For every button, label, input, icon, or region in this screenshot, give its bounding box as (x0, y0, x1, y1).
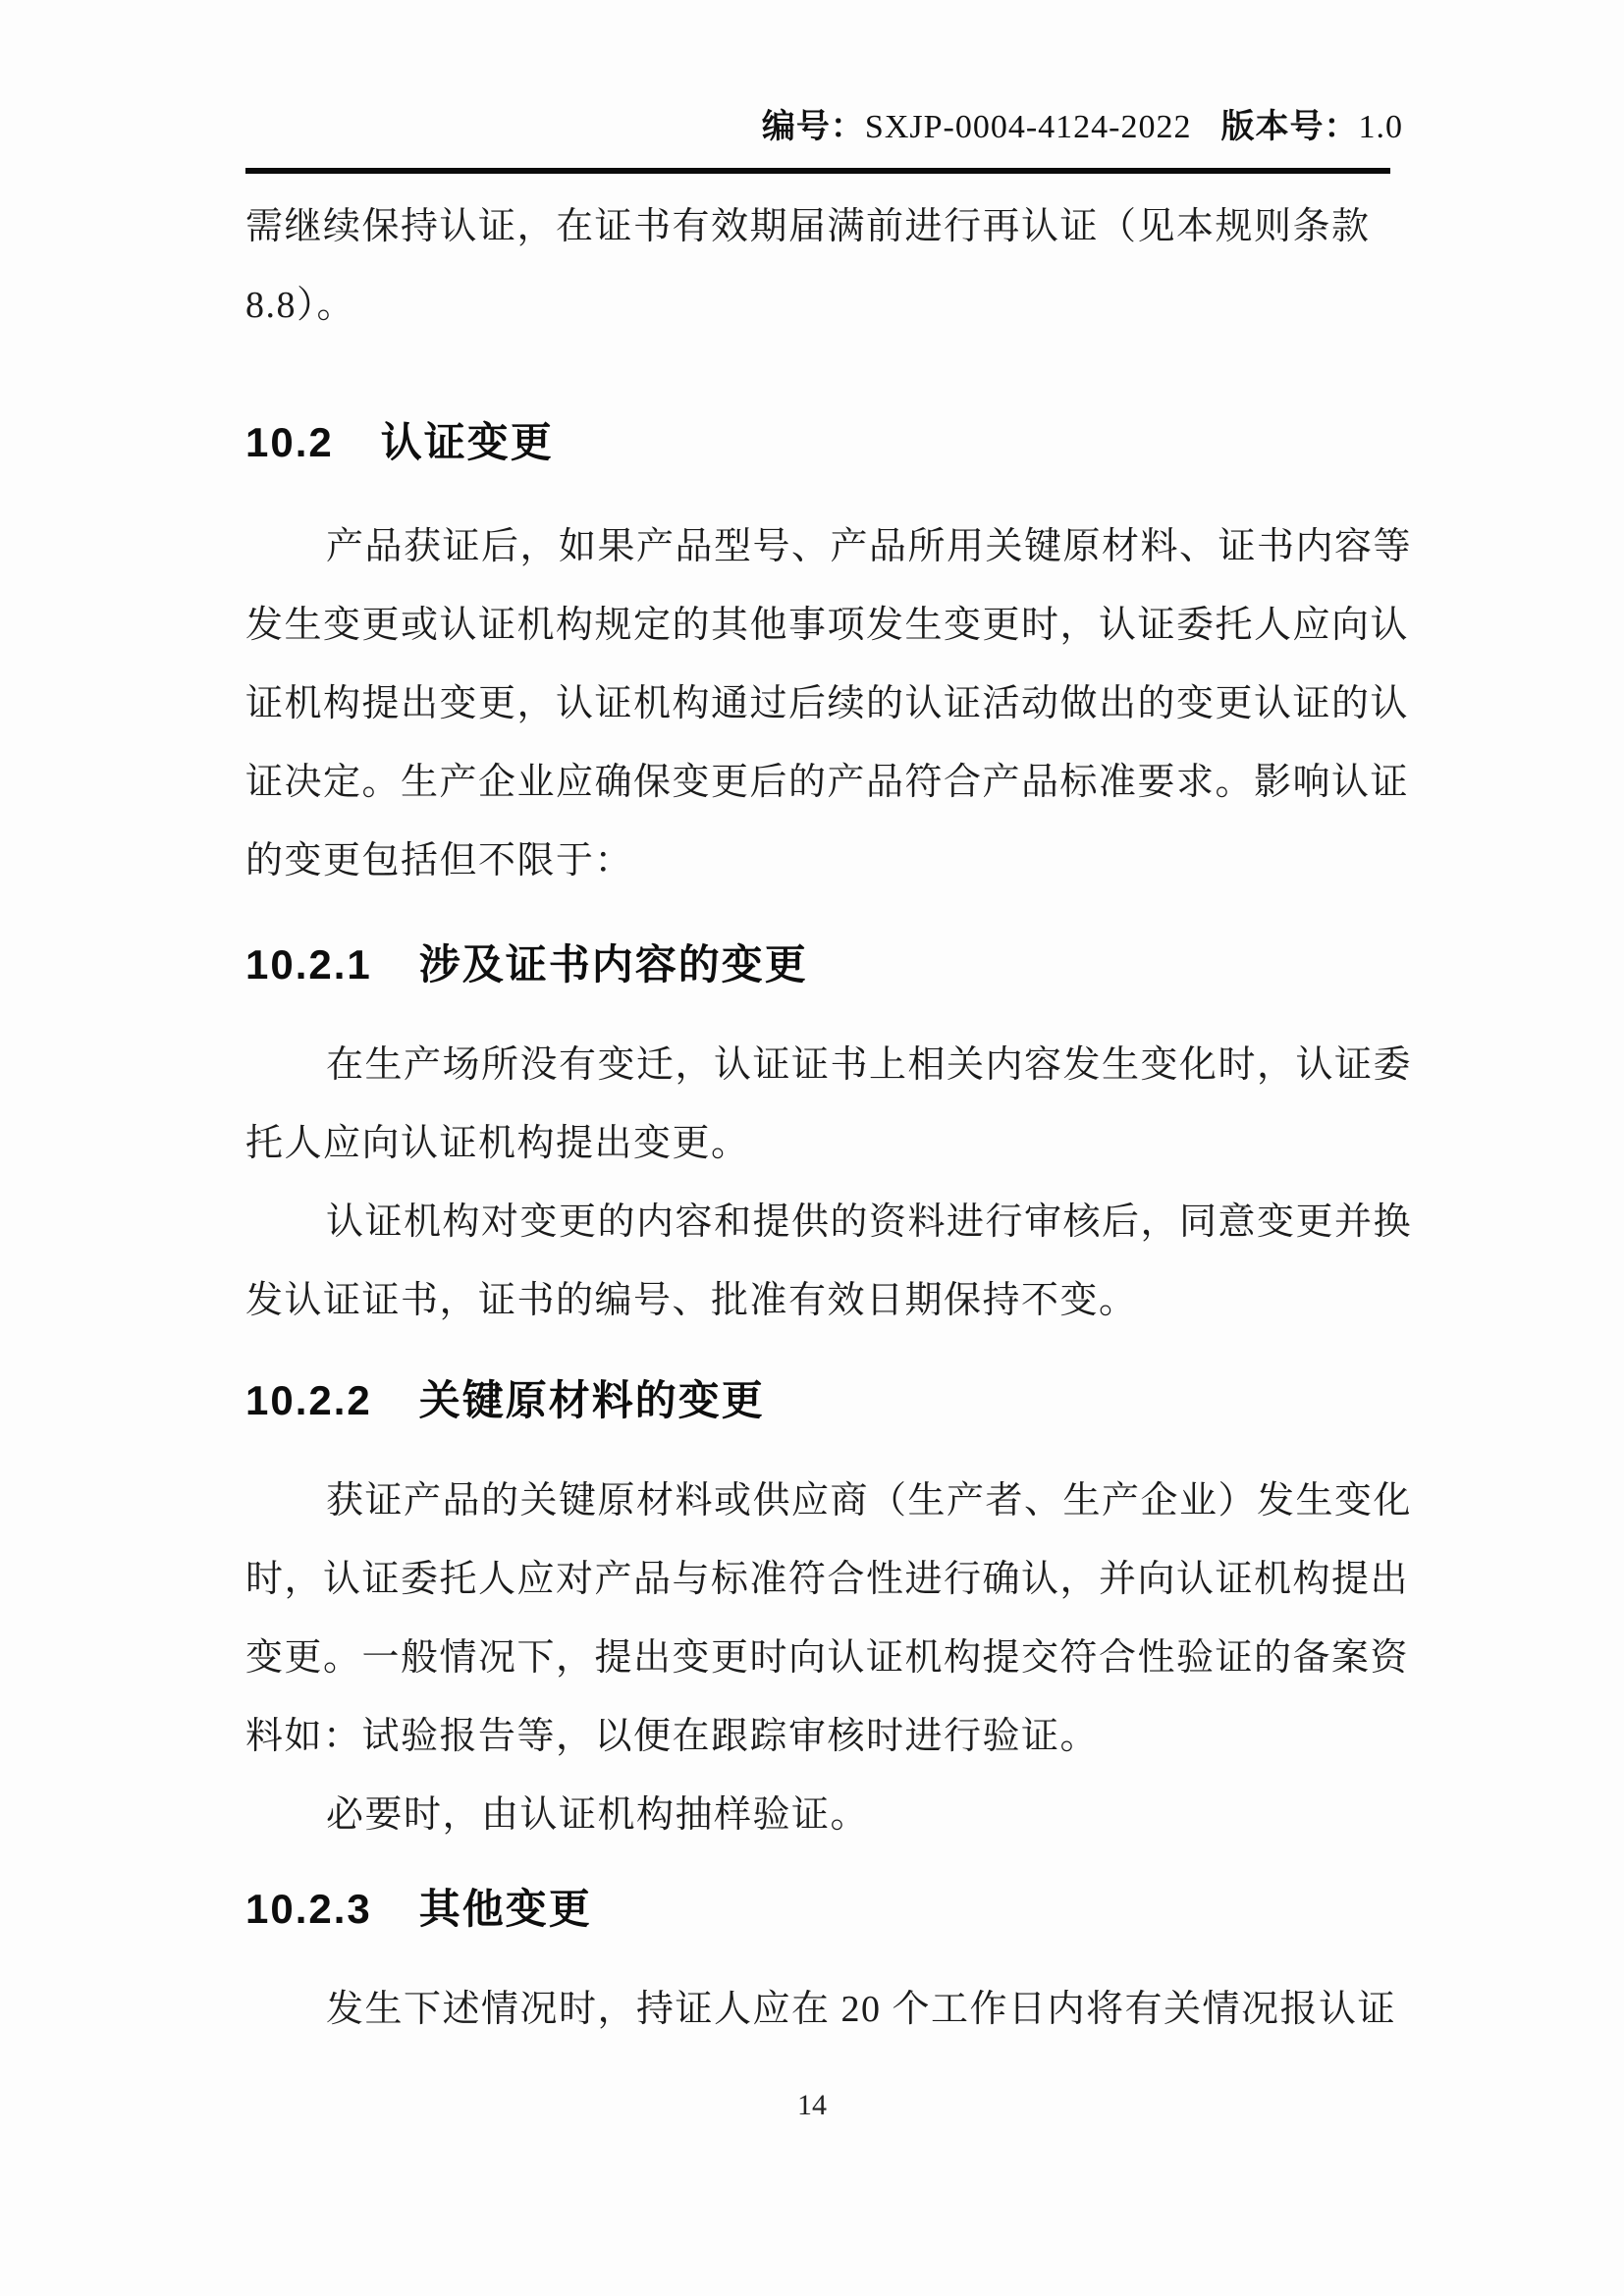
header-rule (245, 168, 1390, 174)
heading-title: 其他变更 (419, 1886, 592, 1932)
doc-code-label: 编号： (762, 109, 865, 145)
text-line: 获证产品的关键原材料或供应商（生产者、生产企业）发生变化 (245, 1462, 1414, 1540)
section-heading-10-2-1: 10.2.1涉及证书内容的变更 (245, 926, 1414, 1004)
section-heading-10-2-2: 10.2.2关键原材料的变更 (245, 1362, 1414, 1440)
heading-number: 10.2.2 (245, 1377, 372, 1423)
text-line: 产品获证后，如果产品型号、产品所用关键原材料、证书内容等 (245, 507, 1414, 586)
text-line: 证机构提出变更，认证机构通过后续的认证活动做出的变更认证的认 (245, 665, 1414, 743)
document-body: 需继续保持认证，在证书有效期届满前进行再认证（见本规则条款 8.8）。 10.2… (245, 187, 1414, 2049)
section-heading-10-2-3: 10.2.3其他变更 (245, 1870, 1414, 1949)
section-heading-10-2: 10.2认证变更 (245, 403, 1414, 482)
text-line: 托人应向认证机构提出变更。 (245, 1104, 1414, 1183)
text-line: 发生变更或认证机构规定的其他事项发生变更时，认证委托人应向认 (245, 586, 1414, 665)
paragraph-10-2-2-a: 获证产品的关键原材料或供应商（生产者、生产企业）发生变化 时，认证委托人应对产品… (245, 1462, 1414, 1776)
doc-code-value: SXJP-0004-4124-2022 (865, 109, 1192, 145)
paragraph-10-2-3: 发生下述情况时，持证人应在 20 个工作日内将有关情况报认证 (245, 1970, 1414, 2049)
heading-number: 10.2 (245, 419, 334, 465)
text-line: 必要时，由认证机构抽样验证。 (245, 1776, 1414, 1854)
text-line: 8.8）。 (245, 266, 1414, 345)
paragraph-intro: 需继续保持认证，在证书有效期届满前进行再认证（见本规则条款 8.8）。 (245, 187, 1414, 345)
text-line: 在生产场所没有变迁，认证证书上相关内容发生变化时，认证委 (245, 1026, 1414, 1104)
heading-title: 认证变更 (381, 419, 554, 465)
text-line: 认证机构对变更的内容和提供的资料进行审核后，同意变更并换 (245, 1183, 1414, 1261)
text-line: 发认证证书，证书的编号、批准有效日期保持不变。 (245, 1261, 1414, 1340)
page-number: 14 (0, 2087, 1624, 2124)
text-line: 需继续保持认证，在证书有效期届满前进行再认证（见本规则条款 (245, 187, 1414, 266)
text-line: 料如：试验报告等，以便在跟踪审核时进行验证。 (245, 1697, 1414, 1776)
text-line: 证决定。生产企业应确保变更后的产品符合产品标准要求。影响认证 (245, 743, 1414, 822)
doc-version-value: 1.0 (1359, 109, 1404, 145)
heading-title: 关键原材料的变更 (419, 1377, 765, 1423)
heading-title: 涉及证书内容的变更 (419, 941, 808, 988)
text-line: 时，认证委托人应对产品与标准符合性进行确认，并向认证机构提出 (245, 1540, 1414, 1619)
text-line: 变更。一般情况下，提出变更时向认证机构提交符合性验证的备案资 (245, 1619, 1414, 1697)
page-header: 编号：SXJP-0004-4124-2022版本号：1.0 (0, 106, 1403, 149)
document-page: 编号：SXJP-0004-4124-2022版本号：1.0 需继续保持认证，在证… (0, 0, 1624, 2296)
paragraph-10-2-1-b: 认证机构对变更的内容和提供的资料进行审核后，同意变更并换 发认证证书，证书的编号… (245, 1183, 1414, 1340)
doc-version-label: 版本号： (1221, 109, 1359, 145)
text-line: 的变更包括但不限于： (245, 822, 1414, 900)
heading-number: 10.2.3 (245, 1886, 372, 1932)
heading-number: 10.2.1 (245, 941, 372, 988)
text-line: 发生下述情况时，持证人应在 20 个工作日内将有关情况报认证 (245, 1970, 1414, 2049)
paragraph-10-2-1-a: 在生产场所没有变迁，认证证书上相关内容发生变化时，认证委 托人应向认证机构提出变… (245, 1026, 1414, 1183)
paragraph-10-2-2-b: 必要时，由认证机构抽样验证。 (245, 1776, 1414, 1854)
paragraph-10-2: 产品获证后，如果产品型号、产品所用关键原材料、证书内容等 发生变更或认证机构规定… (245, 507, 1414, 900)
